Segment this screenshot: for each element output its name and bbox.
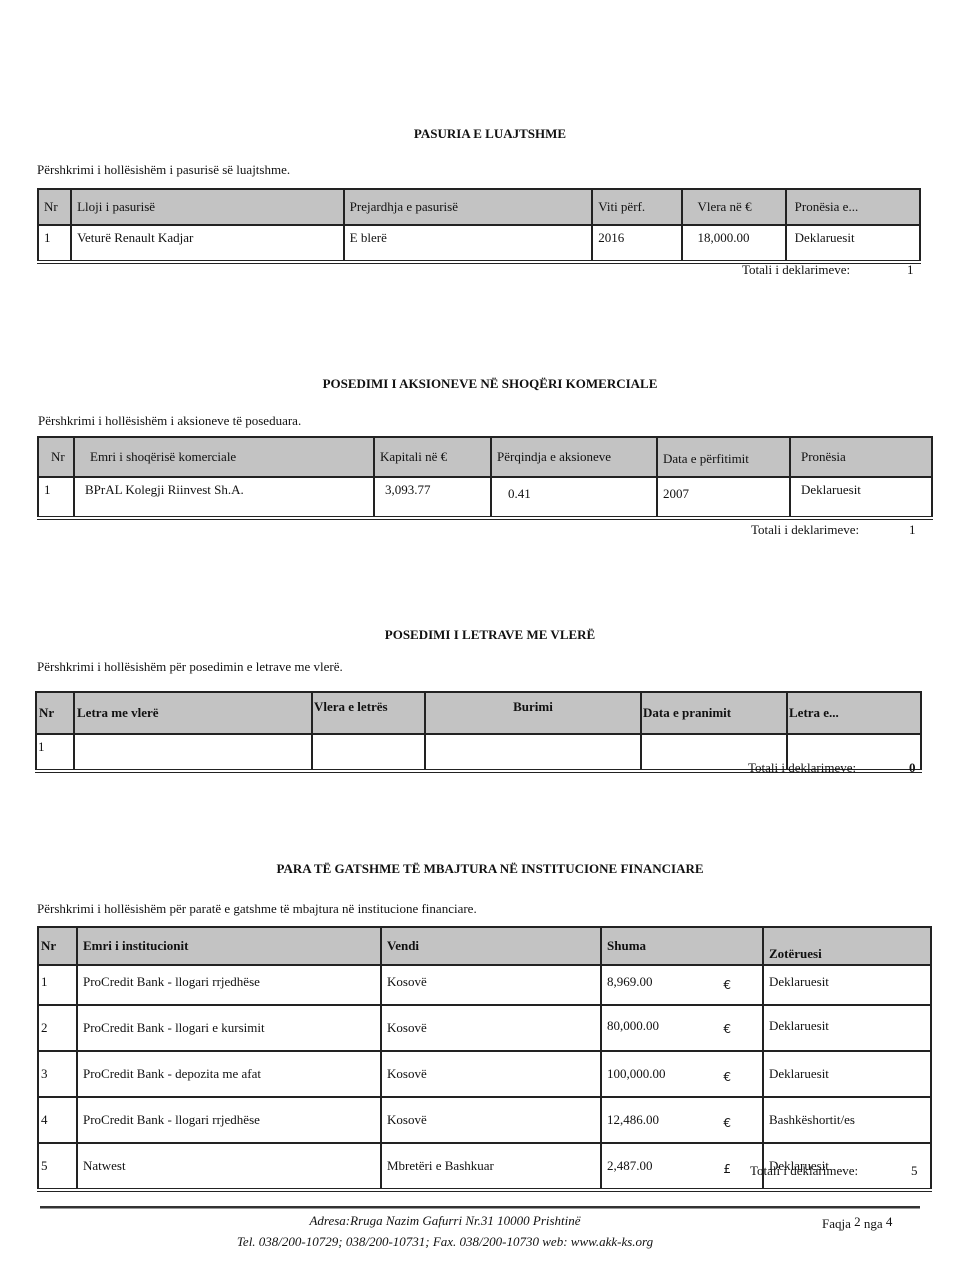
col-header-value: Vlera e letrës bbox=[312, 692, 425, 734]
cell-capital: 3,093.77 bbox=[374, 477, 491, 518]
col-header-value: Vlera në € bbox=[682, 189, 785, 225]
table-header-row: Nr Emri i institucionit Vendi Shuma Zotë… bbox=[38, 927, 931, 965]
cell-amount: 100,000.00€ bbox=[601, 1051, 763, 1097]
cell-institution: ProCredit Bank - depozita me afat bbox=[77, 1051, 381, 1097]
amount-value: 80,000.00 bbox=[607, 1018, 659, 1033]
section-description-shares: Përshkrimi i hollësishëm i aksioneve të … bbox=[38, 413, 301, 429]
cell-nr: 1 bbox=[38, 965, 77, 1005]
table-row: 3 ProCredit Bank - depozita me afat Koso… bbox=[38, 1051, 931, 1097]
col-header-owner: Letra e... bbox=[787, 692, 921, 734]
movable-assets-table: Nr Lloji i pasurisë Prejardhja e pasuris… bbox=[37, 188, 921, 264]
cell-nr: 1 bbox=[36, 734, 74, 771]
table-row: 2 ProCredit Bank - llogari e kursimit Ko… bbox=[38, 1005, 931, 1051]
section-title-cash: PARA TË GATSHME TË MBAJTURA NË INSTITUCI… bbox=[0, 861, 980, 877]
page-label: Faqja bbox=[822, 1216, 851, 1231]
section-description-securities: Përshkrimi i hollësishëm për posedimin e… bbox=[37, 659, 343, 675]
col-header-source: Burimi bbox=[425, 692, 641, 734]
cell-value: 18,000.00 bbox=[682, 225, 785, 262]
col-header-owner: Pronësia e... bbox=[786, 189, 920, 225]
col-header-origin: Prejardhja e pasurisë bbox=[344, 189, 593, 225]
table-header-row: Nr Lloji i pasurisë Prejardhja e pasuris… bbox=[38, 189, 920, 225]
col-header-type: Lloji i pasurisë bbox=[71, 189, 344, 225]
col-header-year: Viti përf. bbox=[592, 189, 682, 225]
cell-nr: 4 bbox=[38, 1097, 77, 1143]
cell-nr: 1 bbox=[38, 477, 74, 518]
cell-year: 2016 bbox=[592, 225, 682, 262]
col-header-date: Data e pranimit bbox=[641, 692, 787, 734]
cell-institution: ProCredit Bank - llogari e kursimit bbox=[77, 1005, 381, 1051]
total-label-cash: Totali i deklarimeve: bbox=[750, 1163, 858, 1179]
cell-nr: 3 bbox=[38, 1051, 77, 1097]
euro-currency-icon: € bbox=[723, 1070, 731, 1084]
col-header-nr: Nr bbox=[36, 692, 74, 734]
cell-holder: Deklaruesit bbox=[763, 1005, 931, 1051]
col-header-date: Data e përfitimit bbox=[657, 437, 790, 477]
footer-divider bbox=[40, 1206, 920, 1209]
cell-source bbox=[425, 734, 641, 771]
cell-value bbox=[312, 734, 425, 771]
cell-holder: Deklaruesit bbox=[763, 1051, 931, 1097]
euro-currency-icon: € bbox=[723, 1116, 731, 1130]
shares-table: Nr Emri i shoqërisë komerciale Kapitali … bbox=[37, 436, 933, 520]
cell-percent: 0.41 bbox=[491, 477, 657, 518]
col-header-nr: Nr bbox=[38, 189, 71, 225]
total-label-shares: Totali i deklarimeve: bbox=[751, 522, 859, 538]
cell-country: Kosovë bbox=[381, 1051, 601, 1097]
footer-contact: Tel. 038/200-10729; 038/200-10731; Fax. … bbox=[0, 1234, 935, 1250]
euro-currency-icon: € bbox=[723, 1022, 731, 1036]
footer-address: Adresa:Rruga Nazim Gafurri Nr.31 10000 P… bbox=[0, 1213, 935, 1229]
section-description-movable: Përshkrimi i hollësishëm i pasurisë së l… bbox=[37, 162, 290, 178]
col-header-owner: Pronësia bbox=[790, 437, 932, 477]
table-row: 1 BPrAL Kolegji Riinvest Sh.A. 3,093.77 … bbox=[38, 477, 932, 518]
col-header-country: Vendi bbox=[381, 927, 601, 965]
col-header-nr: Nr bbox=[38, 927, 77, 965]
cell-owner: Deklaruesit bbox=[790, 477, 932, 518]
table-row: 4 ProCredit Bank - llogari rrjedhëse Kos… bbox=[38, 1097, 931, 1143]
cell-date: 2007 bbox=[657, 477, 790, 518]
table-row: 1 Veturë Renault Kadjar E blerë 2016 18,… bbox=[38, 225, 920, 262]
amount-value: 2,487.00 bbox=[607, 1158, 653, 1173]
pound-currency-icon: £ bbox=[723, 1162, 731, 1176]
col-header-holder: Zotëruesi bbox=[763, 927, 931, 965]
cell-country: Kosovë bbox=[381, 965, 601, 1005]
page-current: 2 bbox=[854, 1214, 861, 1229]
cell-company: BPrAL Kolegji Riinvest Sh.A. bbox=[74, 477, 374, 518]
section-title-securities: POSEDIMI I LETRAVE ME VLERË bbox=[0, 627, 980, 643]
col-header-percent: Përqindja e aksioneve bbox=[491, 437, 657, 477]
amount-value: 12,486.00 bbox=[607, 1112, 659, 1127]
col-header-security: Letra me vlerë bbox=[74, 692, 312, 734]
total-value-cash: 5 bbox=[911, 1163, 918, 1179]
section-description-cash: Përshkrimi i hollësishëm për paratë e ga… bbox=[37, 901, 477, 917]
cell-country: Kosovë bbox=[381, 1097, 601, 1143]
cell-country: Kosovë bbox=[381, 1005, 601, 1051]
section-title-movable: PASURIA E LUAJTSHME bbox=[0, 126, 980, 142]
cell-country: Mbretëri e Bashkuar bbox=[381, 1143, 601, 1190]
amount-value: 100,000.00 bbox=[607, 1066, 666, 1081]
euro-currency-icon: € bbox=[723, 978, 731, 992]
col-header-institution: Emri i institucionit bbox=[77, 927, 381, 965]
cell-nr: 1 bbox=[38, 225, 71, 262]
cell-amount: 80,000.00€ bbox=[601, 1005, 763, 1051]
cash-table: Nr Emri i institucionit Vendi Shuma Zotë… bbox=[37, 926, 932, 1192]
table-header-row: Nr Emri i shoqërisë komerciale Kapitali … bbox=[38, 437, 932, 477]
cell-nr: 2 bbox=[38, 1005, 77, 1051]
cell-holder: Deklaruesit bbox=[763, 965, 931, 1005]
cell-institution: ProCredit Bank - llogari rrjedhëse bbox=[77, 1097, 381, 1143]
col-header-amount: Shuma bbox=[601, 927, 763, 965]
col-header-company: Emri i shoqërisë komerciale bbox=[74, 437, 374, 477]
col-header-capital: Kapitali në € bbox=[374, 437, 491, 477]
table-row: 1 ProCredit Bank - llogari rrjedhëse Kos… bbox=[38, 965, 931, 1005]
cell-owner: Deklaruesit bbox=[786, 225, 920, 262]
cell-security bbox=[74, 734, 312, 771]
cell-type: Veturë Renault Kadjar bbox=[71, 225, 344, 262]
cell-nr: 5 bbox=[38, 1143, 77, 1190]
total-value-shares: 1 bbox=[909, 522, 916, 538]
cell-amount: 12,486.00€ bbox=[601, 1097, 763, 1143]
cell-institution: ProCredit Bank - llogari rrjedhëse bbox=[77, 965, 381, 1005]
cell-institution: Natwest bbox=[77, 1143, 381, 1190]
cell-amount: 8,969.00€ bbox=[601, 965, 763, 1005]
cell-holder: Bashkëshortit/es bbox=[763, 1097, 931, 1143]
cell-amount: 2,487.00£ bbox=[601, 1143, 763, 1190]
amount-value: 8,969.00 bbox=[607, 974, 653, 989]
page-of-label: nga bbox=[864, 1216, 883, 1231]
total-label-securities: Totali i deklarimeve: bbox=[748, 760, 856, 776]
page-indicator: Faqja 2 nga 4 bbox=[822, 1216, 892, 1232]
total-value-securities: 0 bbox=[909, 760, 916, 776]
total-label-movable: Totali i deklarimeve: bbox=[742, 262, 850, 278]
section-title-shares: POSEDIMI I AKSIONEVE NË SHOQËRI KOMERCIA… bbox=[0, 376, 980, 392]
col-header-nr: Nr bbox=[38, 437, 74, 477]
page-total: 4 bbox=[886, 1214, 893, 1229]
total-value-movable: 1 bbox=[907, 262, 914, 278]
cell-origin: E blerë bbox=[344, 225, 593, 262]
table-header-row: Nr Letra me vlerë Vlera e letrës Burimi … bbox=[36, 692, 921, 734]
